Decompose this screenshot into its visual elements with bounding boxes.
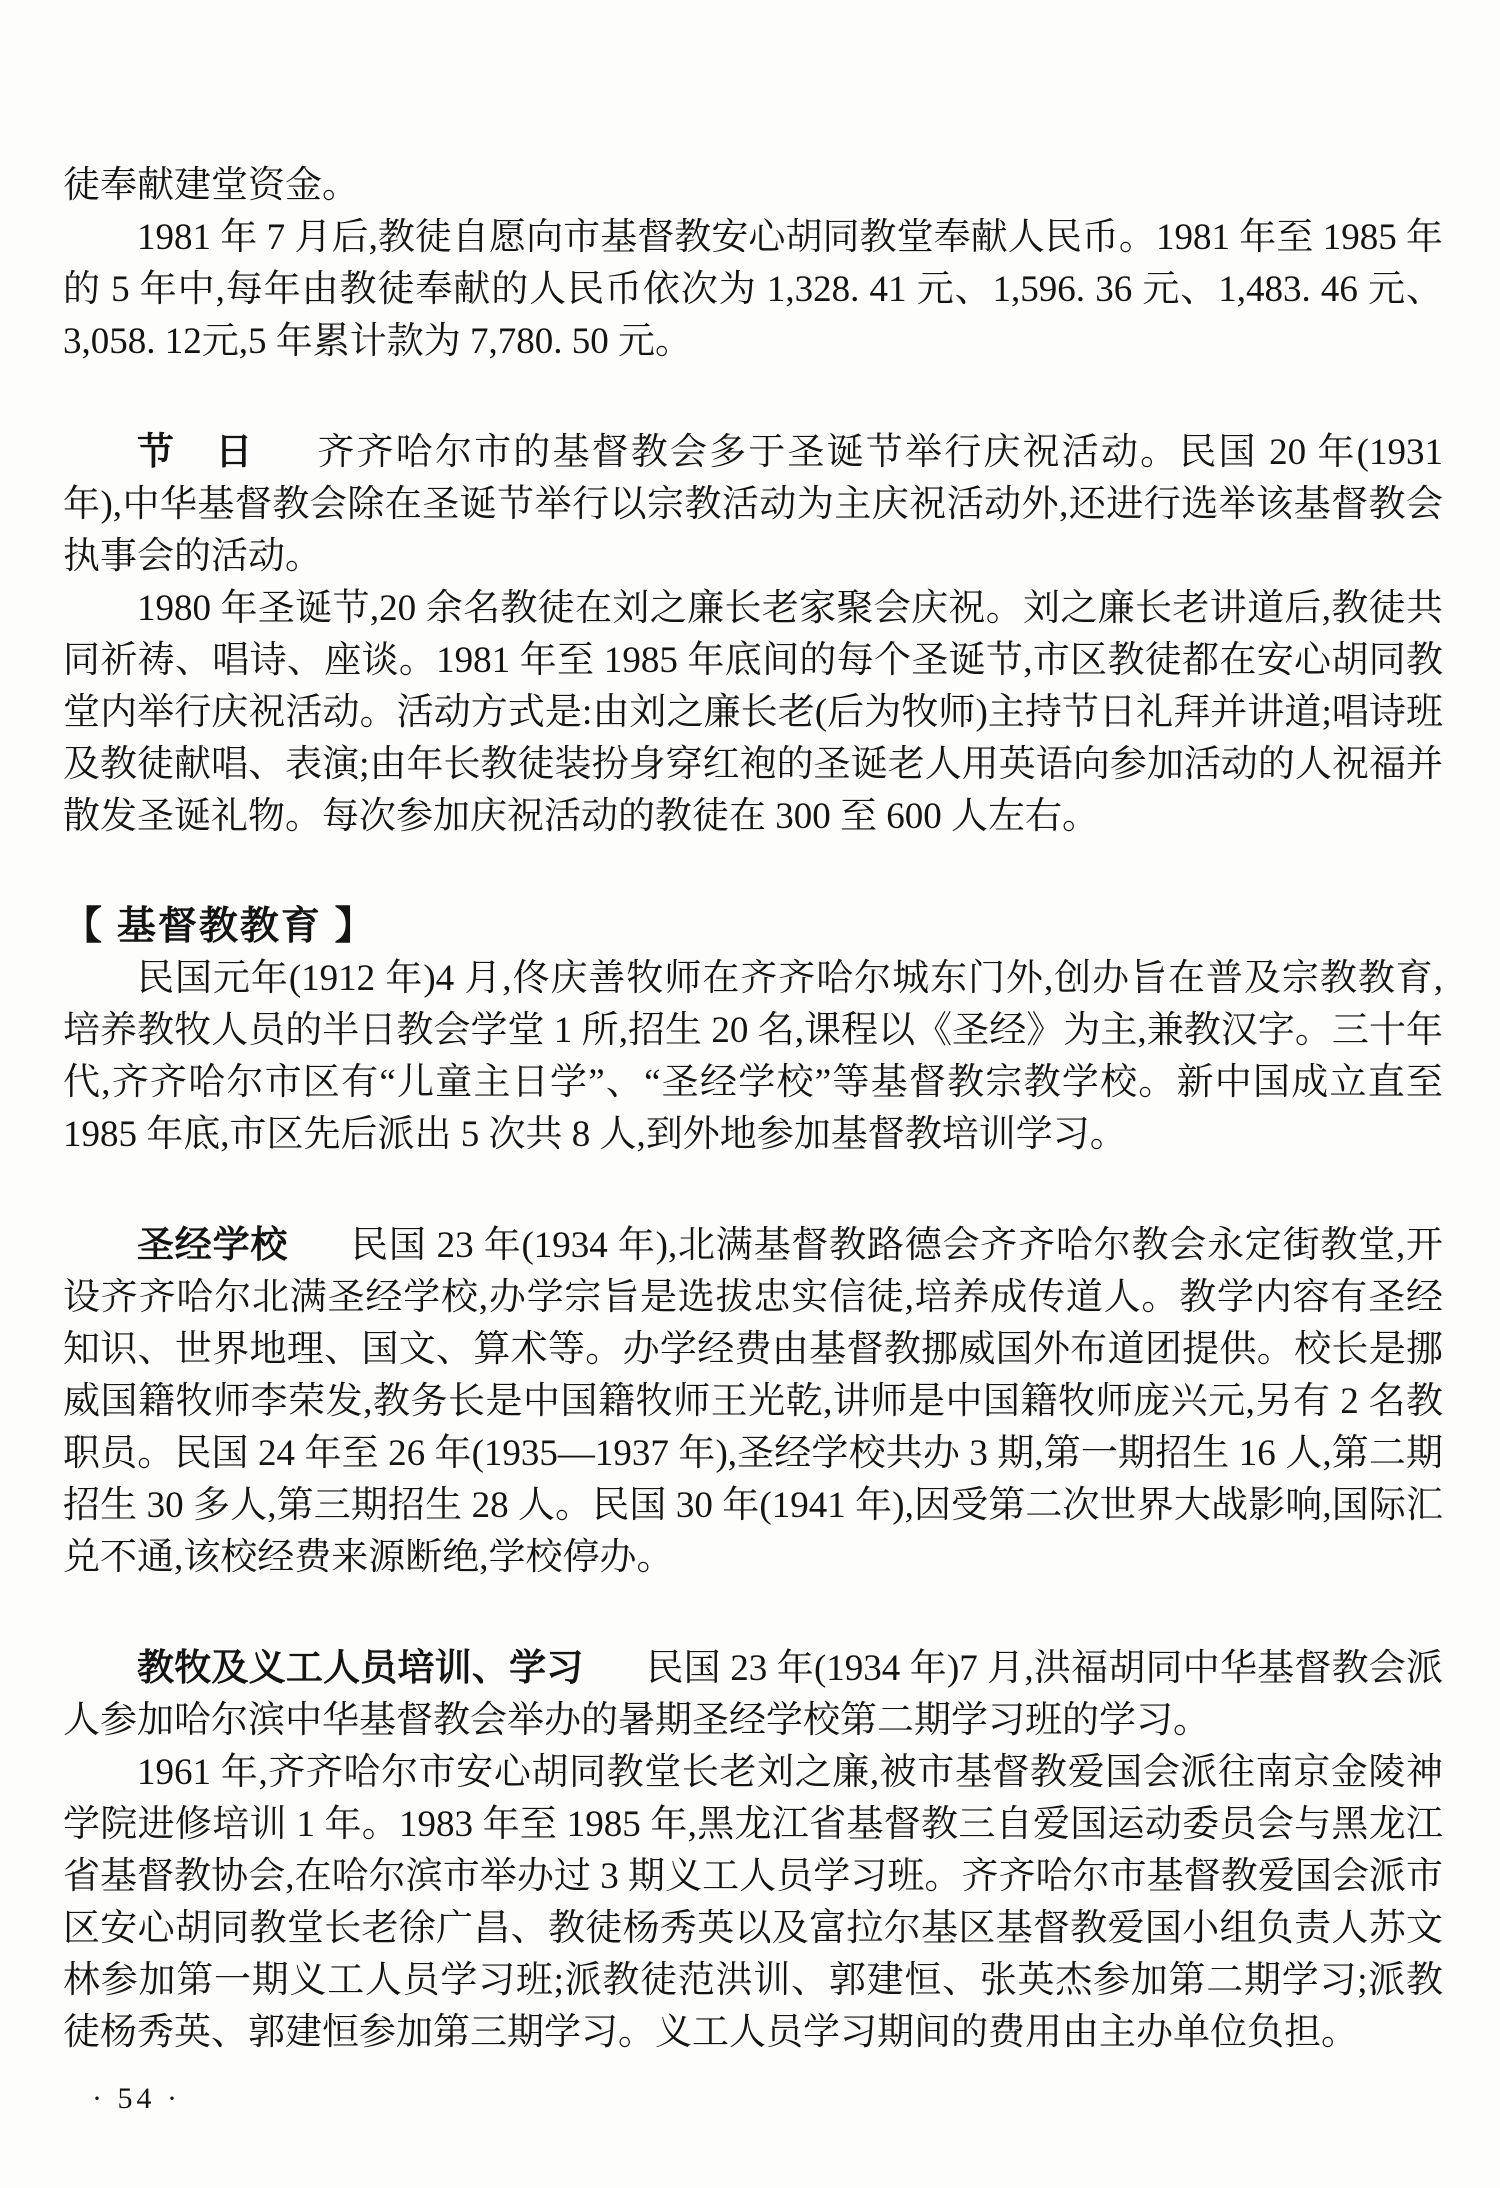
bible-school-paragraph: 圣经学校民国 23 年(1934 年),北满基督教路德会齐齐哈尔教会永定街教堂,…	[63, 1219, 1443, 1584]
continuation-line: 徒奉献建堂资金。	[63, 160, 1443, 212]
page-content: 徒奉献建堂资金。 1981 年 7 月后,教徒自愿向市基督教安心胡同教堂奉献人民…	[63, 160, 1443, 2059]
education-intro-paragraph: 民国元年(1912 年)4 月,佟庆善牧师在齐齐哈尔城东门外,创办旨在普及宗教教…	[63, 953, 1443, 1161]
bible-school-run-in-heading: 圣经学校	[137, 1224, 288, 1265]
training-run-in-heading: 教牧及义工人员培训、学习	[137, 1647, 584, 1688]
donation-paragraph: 1981 年 7 月后,教徒自愿向市基督教安心胡同教堂奉献人民币。1981 年至…	[63, 212, 1443, 368]
training-paragraph: 教牧及义工人员培训、学习民国 23 年(1934 年)7 月,洪福胡同中华基督教…	[63, 1642, 1443, 1747]
festival-paragraph: 节 日齐齐哈尔市的基督教会多于圣诞节举行庆祝活动。民国 20 年(1931 年)…	[63, 426, 1443, 583]
book-page: 徒奉献建堂资金。 1981 年 7 月后,教徒自愿向市基督教安心胡同教堂奉献人民…	[0, 0, 1500, 2188]
festival-run-in-heading: 节 日	[137, 431, 255, 472]
festival-body-text: 齐齐哈尔市的基督教会多于圣诞节举行庆祝活动。民国 20 年(1931 年),中华…	[63, 432, 1443, 577]
page-number: · 54 ·	[92, 2082, 181, 2116]
bible-school-body-text: 民国 23 年(1934 年),北满基督教路德会齐齐哈尔教会永定街教堂,开设齐齐…	[63, 1225, 1443, 1578]
christmas-paragraph: 1980 年圣诞节,20 余名教徒在刘之廉长老家聚会庆祝。刘之廉长老讲道后,教徒…	[63, 583, 1443, 843]
training-1961-paragraph: 1961 年,齐齐哈尔市安心胡同教堂长老刘之廉,被市基督教爱国会派往南京金陵神学…	[63, 1747, 1443, 2059]
christian-education-section-heading: 【 基督教教育 】	[63, 901, 1443, 953]
